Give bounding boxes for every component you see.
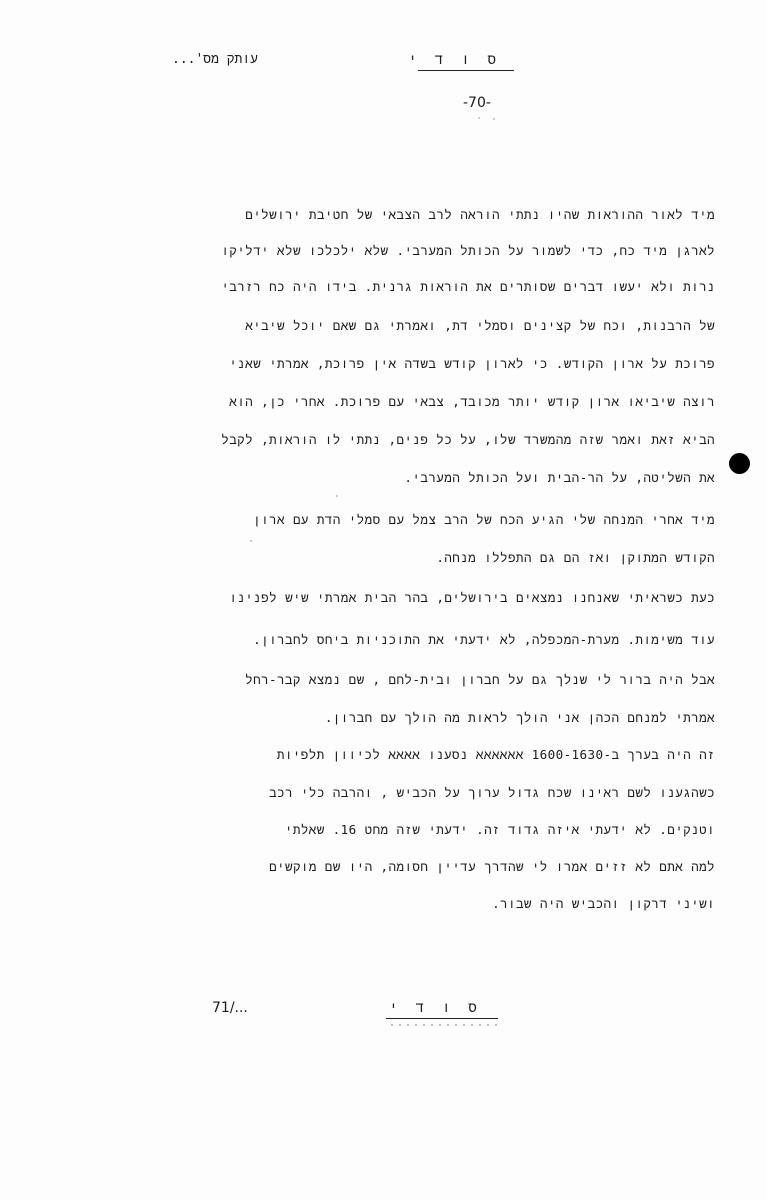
scan-speck — [478, 117, 480, 119]
text-line: ושיני דרקון והכביש היה שבור. — [492, 896, 715, 912]
continuation-label: 71/... — [212, 1000, 248, 1016]
page-number: -70- — [463, 95, 491, 111]
text-line: מיד אחרי המנחה שלי הגיע הכח של הרב צמל ע… — [253, 512, 715, 528]
document-page: סודי עותק מס'... -70- מיד לאור ההוראות ש… — [0, 0, 767, 1200]
text-line: נרות ולא יעשו דברים שסותרים את הוראות גר… — [221, 279, 715, 295]
scan-speck — [336, 495, 338, 497]
text-line: הביא זאת ואמר שזה מהמשרד שלו, על כל פנים… — [221, 432, 715, 448]
text-line: אמרתי למנחם הכהן אני הולך לראות מה הולך … — [325, 710, 715, 726]
text-line: את השליטה, על הר-הבית ועל הכותל המערבי. — [404, 470, 715, 486]
scan-speck — [493, 118, 495, 120]
text-line: מיד לאור ההוראות שהיו נתתי הוראה לרב הצב… — [245, 207, 715, 223]
text-line: עוד משימות. מערת-המכפלה, לא ידעתי את התו… — [253, 632, 715, 648]
text-line: כעת כשראיתי שאנחנו נמצאים בירושלים, בהר … — [229, 590, 715, 606]
scan-speck — [250, 540, 252, 542]
text-line: למה אתם לא זזים אמרו לי שהדרך עדיין חסומ… — [269, 859, 715, 875]
text-line: פרוכת על ארון הקודש. כי לארון קודש בשדה … — [229, 356, 715, 372]
text-line: כשהגענו לשם ראינו שכח גדול ערוך על הכביש… — [269, 785, 715, 801]
text-line: של הרבנות, וכח של קצינים וסמלי דת, ואמרת… — [245, 318, 715, 334]
hole-punch-mark — [729, 453, 750, 474]
text-line: וטנקים. לא ידעתי איזה גדוד זה. ידעתי שזה… — [285, 822, 715, 838]
text-line: אבל היה ברור לי שנלך גם על חברון ובית-לח… — [245, 672, 715, 688]
text-line: זה היה בערך ב-1600-1630 אאאאאא נסענו אאא… — [277, 747, 715, 763]
text-line: רוצה שיביאו ארון קודש יותר מכובד, צבאי ע… — [229, 394, 715, 410]
copy-number-label: עותק מס'... — [172, 52, 258, 68]
classification-footer: סודי — [386, 1000, 498, 1019]
text-line: הקודש המתוקן ואז הם גם התפללו מנחה. — [436, 550, 715, 566]
faint-dots — [388, 1024, 498, 1026]
classification-header: סודי — [418, 52, 514, 71]
text-line: לארגן מיד כח, כדי לשמור על הכותל המערבי.… — [221, 243, 715, 259]
